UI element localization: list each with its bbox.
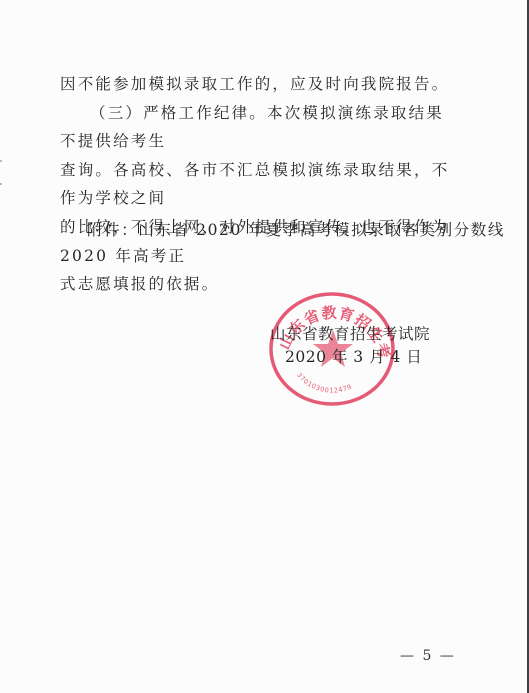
scan-artifact <box>0 183 2 185</box>
page-number: — 5 — <box>400 648 456 664</box>
paragraph-continuation: 因不能参加模拟录取工作的，应及时向我院报告。 <box>60 70 460 99</box>
document-page: 因不能参加模拟录取工作的，应及时向我院报告。 （三）严格工作纪律。本次模拟演练录… <box>0 0 527 693</box>
issue-date: 2020 年 3 月 4 日 <box>285 345 422 367</box>
text-line: （三）严格工作纪律。本次模拟演练录取结果不提供给考生 <box>60 99 460 156</box>
text-line: 查询。各高校、各市不汇总模拟演练录取结果，不作为学校之间 <box>60 156 460 213</box>
svg-text:3701030012479: 3701030012479 <box>295 371 353 395</box>
issuing-organization: 山东省教育招生考试院 <box>270 322 430 344</box>
text-line: 因不能参加模拟录取工作的，应及时向我院报告。 <box>60 75 449 93</box>
text-line: 式志愿填报的依据。 <box>60 270 460 299</box>
document-body: 因不能参加模拟录取工作的，应及时向我院报告。 （三）严格工作纪律。本次模拟演练录… <box>60 70 460 299</box>
paragraph-work-discipline: （三）严格工作纪律。本次模拟演练录取结果不提供给考生 查询。各高校、各市不汇总模… <box>60 99 460 299</box>
attachment-line: 附件：山东省 2020 年夏季高考模拟录取各类别分数线 <box>87 218 505 240</box>
scan-artifact <box>0 160 2 162</box>
seal-code-text: 3701030012479 <box>295 371 353 395</box>
